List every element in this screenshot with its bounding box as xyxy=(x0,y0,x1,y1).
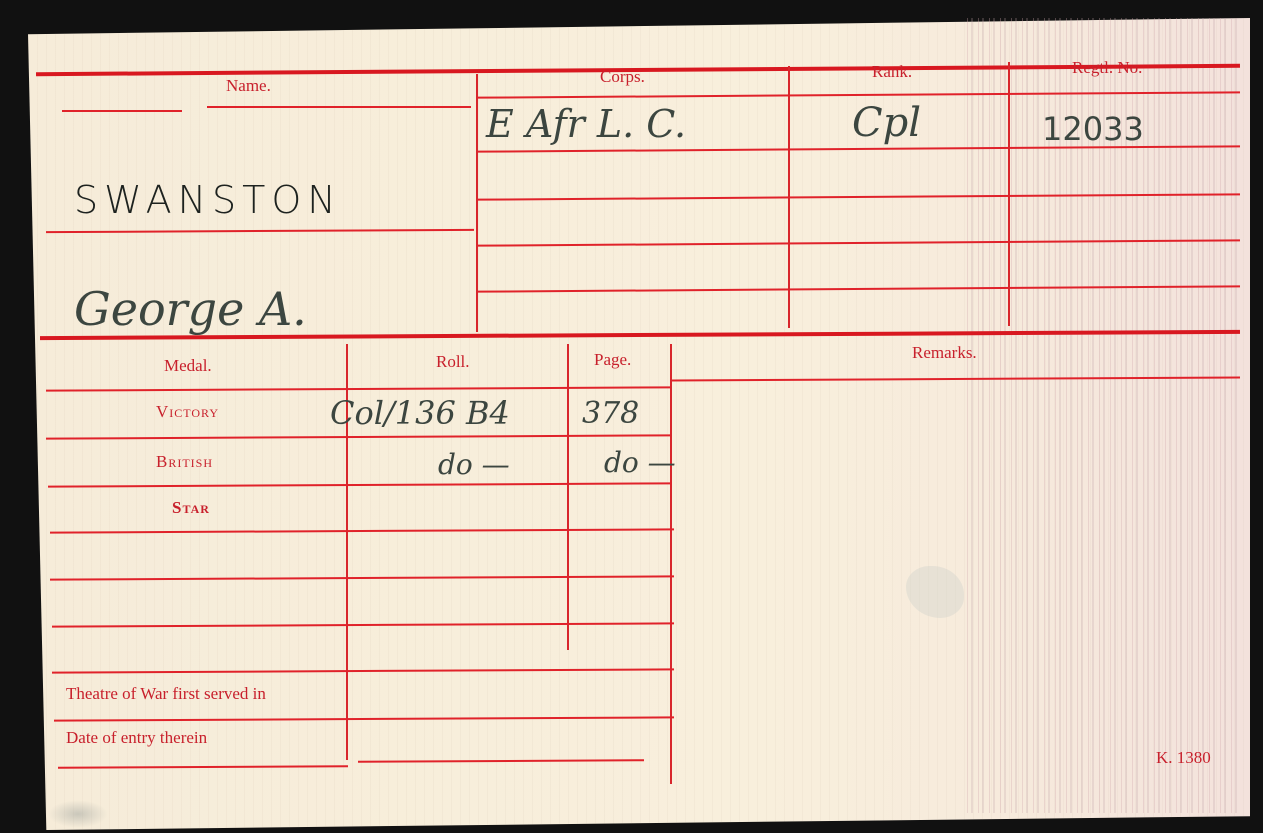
medal-victory: Victory xyxy=(156,402,219,422)
name-rule-right xyxy=(207,106,471,108)
corner-smudge xyxy=(48,800,108,828)
rank-header: Rank. xyxy=(872,62,912,82)
form-number: K. 1380 xyxy=(1156,748,1211,768)
british-roll-value: do — xyxy=(438,448,510,481)
remarks-header: Remarks. xyxy=(912,343,977,363)
name-rule-left xyxy=(62,110,182,112)
victory-page-value: 378 xyxy=(582,396,639,431)
date-label: Date of entry therein xyxy=(66,728,207,748)
forenames-value: George A. xyxy=(74,282,307,336)
rank-value: Cpl xyxy=(852,100,921,146)
roll-header: Roll. xyxy=(436,352,470,372)
victory-roll-value: Col/136 B4 xyxy=(330,394,510,432)
surname-value: SWANSTON xyxy=(74,178,342,222)
page-header: Page. xyxy=(594,350,631,370)
british-page-value: do — xyxy=(604,446,676,479)
corps-left-divider xyxy=(476,74,478,332)
medal-header: Medal. xyxy=(164,356,212,376)
corps-value: E Afr L. C. xyxy=(486,102,686,146)
name-header: Name. xyxy=(226,76,271,96)
regtl-no-value: 12033 xyxy=(1042,110,1144,148)
medal-british: British xyxy=(156,452,213,472)
regtl-no-header: Regtl. No. xyxy=(1072,58,1142,78)
theatre-label: Theatre of War first served in xyxy=(66,684,266,704)
corps-header: Corps. xyxy=(600,67,645,87)
medal-star: Star xyxy=(172,498,210,518)
page-left-divider xyxy=(567,344,569,650)
